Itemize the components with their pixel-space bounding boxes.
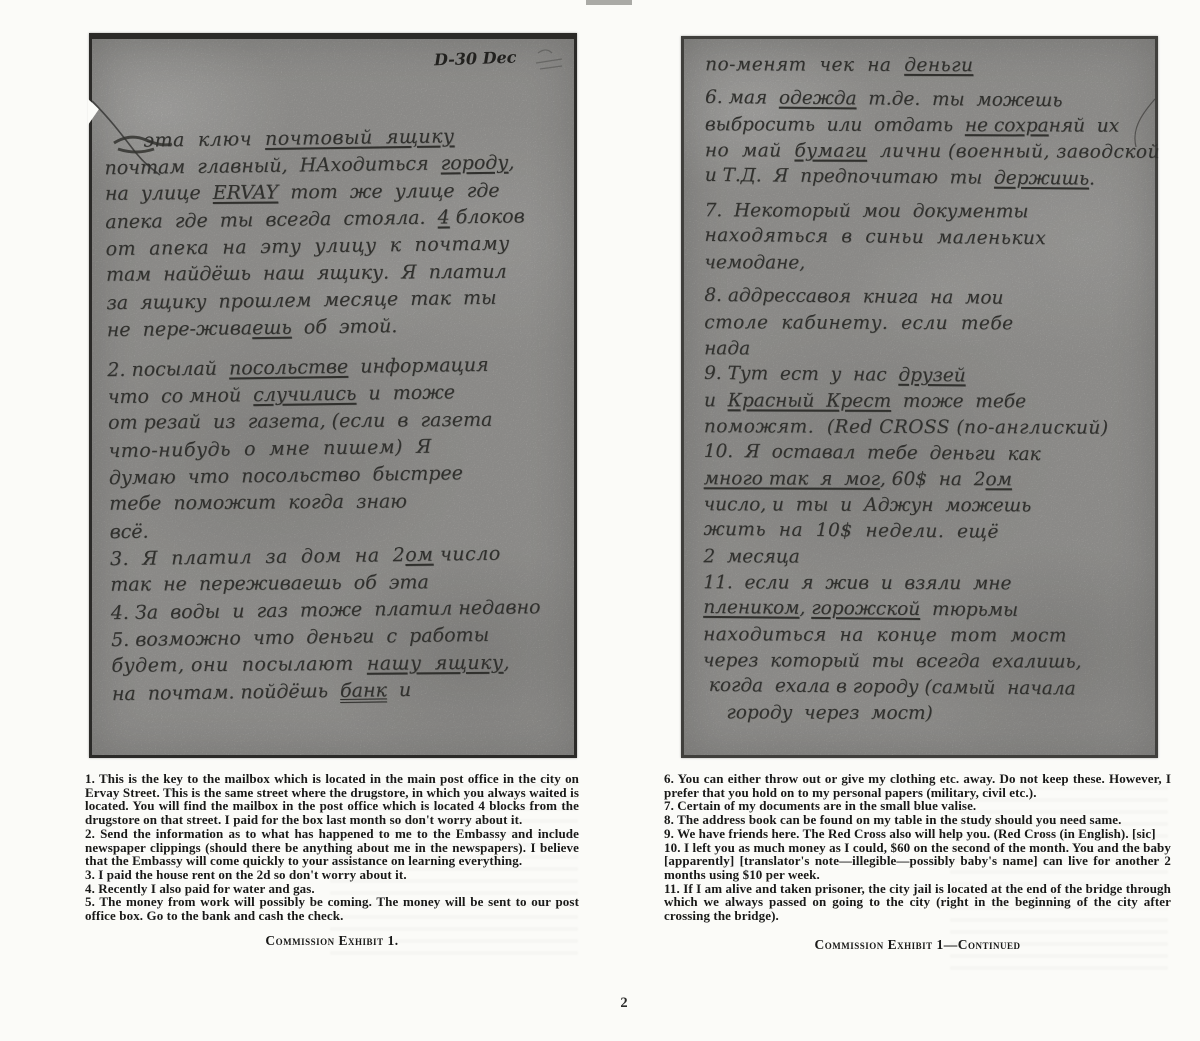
- typed-translation-right: 6. You can either throw out or give my c…: [664, 772, 1171, 951]
- handwritten-letter-photo-left: D-30 Dec эта ключ почтовый ящикупочтам г…: [89, 33, 577, 758]
- handwritten-line: выбросить или отдать не сохраняй их: [705, 112, 1151, 140]
- handwritten-line: плеником, горожской тюрьмы: [703, 595, 1149, 625]
- handwritten-line: много так я мог, 60$ на 2ом: [704, 466, 1150, 494]
- handwritten-line: тебе поможит когда знаю: [109, 487, 565, 518]
- handwritten-line: столе кабинету. если тебе: [704, 310, 1150, 338]
- handwritten-line: 11. если я жив и взяли мне: [703, 570, 1149, 598]
- exhibit-caption-left: Commission Exhibit 1.: [85, 934, 579, 948]
- handwritten-line: находиться на конце тот мост: [703, 622, 1149, 650]
- page-number: 2: [610, 995, 638, 1012]
- translation-items-left: 1. This is the key to the mailbox which …: [85, 772, 579, 923]
- handwritten-line: от резай из газета, (если в газета: [108, 406, 564, 437]
- handwritten-line: через который ты всегда ехалишь,: [703, 648, 1149, 676]
- binding-mark: [586, 0, 632, 5]
- typed-translation-left: 1. This is the key to the mailbox which …: [85, 772, 579, 947]
- handwritten-line: там найдёшь наш ящику. Я платил: [106, 258, 562, 289]
- translation-item: 6. You can either throw out or give my c…: [664, 772, 1171, 799]
- translation-item: 11. If I am alive and taken prisoner, th…: [664, 882, 1171, 923]
- translation-item: 3. I paid the house rent on the 2d so do…: [85, 868, 579, 882]
- handwritten-line: и Т.Д. Я предпочитаю ты держишь.: [705, 163, 1151, 193]
- handwritten-line: 2 месяца: [703, 544, 1149, 572]
- exhibit-caption-right: Commission Exhibit 1—Continued: [664, 938, 1171, 952]
- handwritten-line: поможят. (Red CROSS (по-англиский): [704, 414, 1150, 442]
- translation-item: 4. Recently I also paid for water and ga…: [85, 882, 579, 896]
- translation-item: 8. The address book can be found on my t…: [664, 813, 1171, 827]
- handwritten-line: на улице ERVAY тот же улице где: [105, 177, 561, 208]
- handwritten-line: 7. Некоторый мои документы: [705, 198, 1151, 226]
- handwritten-line: нада: [704, 336, 1150, 364]
- handwritten-line: находяться в синьи маленьких: [704, 223, 1150, 253]
- handwritten-line: на почтам. пойдёшь банк и: [112, 675, 568, 708]
- translation-item: 9. We have friends here. The Red Cross a…: [664, 827, 1171, 841]
- document-sheet: D-30 Dec эта ключ почтовый ящикупочтам г…: [0, 0, 1200, 1041]
- handwritten-line: 10. Я оставал тебе деньги как: [704, 439, 1150, 469]
- handwritten-line: городу через мост): [703, 700, 1149, 728]
- handwritten-line: когда ехала в городу (самый начала: [703, 673, 1149, 703]
- handwritten-letter-photo-right: по-менят чек на деньги6. мая одежда т.де…: [681, 36, 1158, 758]
- handwritten-line: но май бумаги лични (военный, заводской: [705, 138, 1151, 166]
- handwritten-line: так не переживаешь об эта: [110, 568, 566, 599]
- translation-item: 5. The money from work will possibly be …: [85, 895, 579, 922]
- handwritten-line: 8. аддрессавоя книга на мои: [704, 283, 1150, 313]
- translation-item: 2. Send the information as to what has h…: [85, 827, 579, 868]
- translation-item: 1. This is the key to the mailbox which …: [85, 772, 579, 827]
- faint-marking: [534, 45, 568, 71]
- handwriting-right: по-менят чек на деньги6. мая одежда т.де…: [703, 52, 1151, 728]
- handwritten-line: 9. Тут ест у нас друзей: [704, 361, 1150, 391]
- handwritten-line: и Красный Крест тоже тебе: [704, 388, 1150, 416]
- translation-item: 7. Certain of my documents are in the sm…: [664, 799, 1171, 813]
- handwriting-left: эта ключ почтовый ящикупочтам главный, Н…: [104, 122, 568, 708]
- handwritten-line: по-менят чек на деньги: [705, 52, 1151, 80]
- translation-item: 10. I left you as much money as I could,…: [664, 841, 1171, 882]
- translation-items-right: 6. You can either throw out or give my c…: [664, 772, 1171, 923]
- torn-edge: [88, 99, 99, 125]
- handwritten-line: 6. мая одежда т.де. ты можешь: [705, 85, 1151, 115]
- handwritten-line: жить на 10$ недели. ещё: [703, 517, 1149, 547]
- handwritten-line: будет, они посылают нашу ящику,: [111, 649, 567, 680]
- handwritten-line: чемодане,: [704, 250, 1150, 278]
- date-annotation: D-30 Dec: [433, 48, 516, 70]
- handwritten-line: число, и ты и Аджун можешь: [704, 492, 1150, 520]
